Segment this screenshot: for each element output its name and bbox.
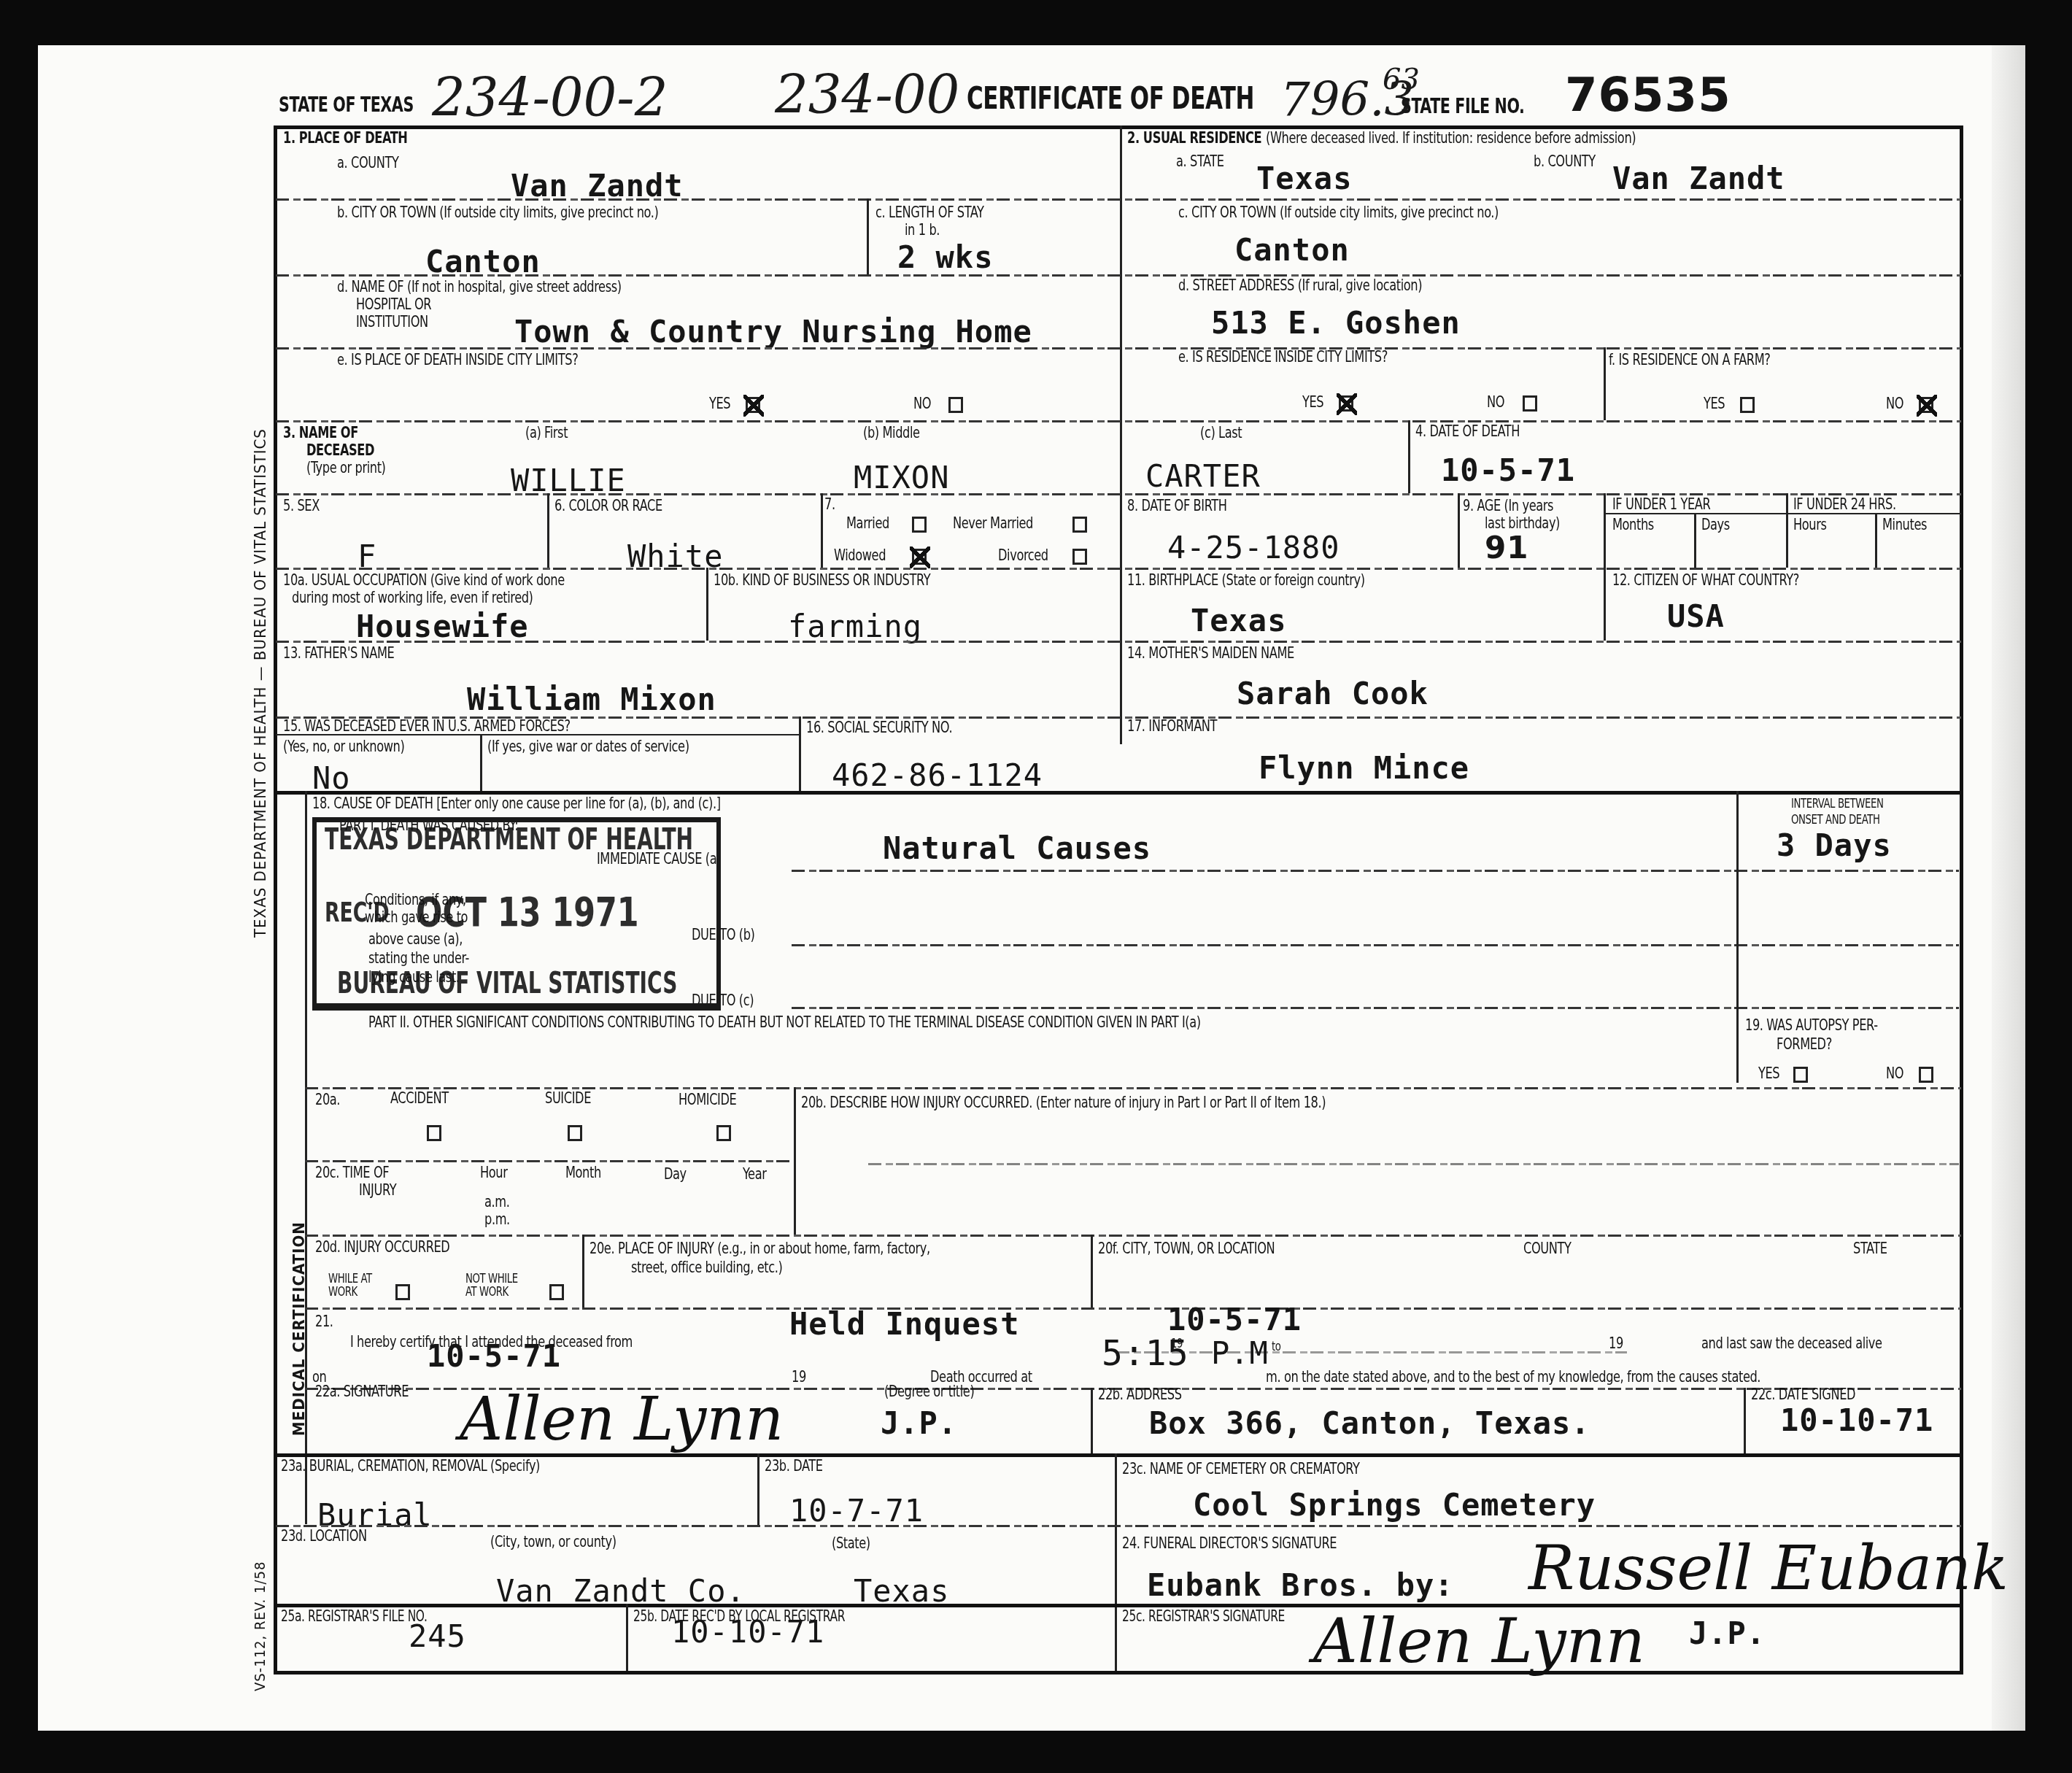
item4-value: 10-5-71: [1441, 454, 1575, 487]
item1b-label: b. CITY OR TOWN (If outside city limits,…: [337, 204, 658, 222]
item2e-yes-label: YES: [1302, 394, 1323, 412]
item11-label: 11. BIRTHPLACE (State or foreign country…: [1127, 572, 1365, 590]
item25b-value: 10-10-71: [671, 1615, 824, 1649]
under-1-year-label: IF UNDER 1 YEAR: [1612, 496, 1710, 514]
form-bottom-border: [274, 1671, 1963, 1674]
suicide-checkbox[interactable]: [568, 1125, 582, 1141]
item2-label-note: (Where deceased lived. If institution: r…: [1266, 130, 1636, 147]
handwritten-code-2: 234-00: [775, 64, 959, 125]
item7-never-married-label: Never Married: [953, 515, 1033, 533]
item3-middle-value: MIXON: [854, 461, 949, 495]
divider: [1744, 1388, 1746, 1453]
cause-a-line: [792, 870, 1959, 872]
item2f-yes-label: YES: [1704, 395, 1725, 413]
item3-label-3: (Type or print): [306, 460, 386, 477]
item22c-value: 10-10-71: [1780, 1404, 1933, 1437]
item3-last-label: (c) Last: [1200, 425, 1242, 442]
divider: [1091, 1235, 1093, 1307]
state-label: STATE OF TEXAS: [279, 96, 414, 114]
item24-label: 24. FUNERAL DIRECTOR'S SIGNATURE: [1122, 1535, 1337, 1553]
registrar-title: J.P.: [1689, 1617, 1766, 1650]
suicide-label: SUICIDE: [545, 1090, 591, 1108]
item22c-label: 22c. DATE SIGNED: [1751, 1386, 1855, 1404]
death-tail-text: m. on the date stated above, and to the …: [1266, 1369, 1760, 1386]
item20b-label: 20b. DESCRIBE HOW INJURY OCCURRED. (Ente…: [801, 1094, 1326, 1112]
death-meridiem-value: P.M: [1211, 1337, 1269, 1370]
center-divider: [1120, 125, 1122, 744]
item13-label: 13. FATHER'S NAME: [283, 645, 394, 663]
item13-value: William Mixon: [467, 683, 716, 716]
divider: [547, 493, 549, 568]
row-divider: [276, 274, 1961, 277]
row-divider: [276, 420, 1961, 422]
item3-last-value: CARTER: [1145, 460, 1261, 493]
item17-value: Flynn Mince: [1259, 752, 1469, 785]
interval-label-2: ONSET AND DEATH: [1791, 813, 1879, 827]
item10b-label: 10b. KIND OF BUSINESS OR INDUSTRY: [714, 572, 930, 590]
physician-signature: Allen Lynn: [460, 1385, 784, 1454]
item2b-value: Van Zandt: [1612, 162, 1785, 196]
item19-yes-checkbox[interactable]: [1793, 1067, 1808, 1083]
item19-label-1: 19. WAS AUTOPSY PER-: [1745, 1017, 1878, 1035]
item24-value: Eubank Bros. by:: [1147, 1569, 1454, 1602]
cause-c-line: [792, 1007, 1959, 1009]
death-time-value: 5:15: [1102, 1337, 1189, 1370]
divider: [626, 1604, 628, 1671]
hours-label: Hours: [1793, 517, 1827, 534]
homicide-label: HOMICIDE: [679, 1092, 736, 1109]
item2f-yes-checkbox[interactable]: [1740, 397, 1755, 413]
item16-value: 462-86-1124: [832, 759, 1043, 792]
item20f-county: COUNTY: [1523, 1240, 1571, 1258]
divider: [1604, 513, 1961, 514]
row-divider: [868, 1163, 1959, 1165]
item2e-no-checkbox[interactable]: [1523, 395, 1537, 412]
divider: [794, 1087, 796, 1235]
divider: [1604, 493, 1606, 568]
item17-label: 17. INFORMANT: [1127, 718, 1217, 735]
item7-widowed-label: Widowed: [834, 547, 886, 565]
year-19: 19: [1609, 1335, 1623, 1353]
stamp-recd: REC'D: [325, 896, 390, 928]
item20d-label: 20d. INJURY OCCURRED: [315, 1239, 449, 1256]
item20c-label-2: INJURY: [359, 1182, 396, 1200]
divider: [1736, 791, 1739, 1010]
last-saw-text: and last saw the deceased alive: [1701, 1335, 1882, 1353]
form-left-border: [274, 125, 277, 1674]
row-divider: [276, 347, 1961, 349]
paper-edge: [1992, 45, 2025, 1731]
item23d-city-label: (City, town, or county): [490, 1534, 616, 1551]
item19-no-checkbox[interactable]: [1919, 1067, 1933, 1083]
form-top-border: [276, 125, 1963, 129]
item3-label-1: 3. NAME OF: [283, 425, 358, 442]
degree-label: (Degree or title): [884, 1383, 974, 1401]
minutes-label: Minutes: [1882, 517, 1927, 534]
item15-label: 15. WAS DECEASED EVER IN U.S. ARMED FORC…: [283, 718, 571, 735]
item10a-label-2: during most of working life, even if ret…: [292, 590, 533, 607]
item21-label: 21.: [315, 1313, 333, 1331]
day-label: Day: [664, 1166, 687, 1183]
item14-value: Sarah Cook: [1237, 677, 1429, 711]
item7-divorced-label: Divorced: [998, 547, 1048, 565]
divider: [1875, 513, 1877, 568]
item23a-label: 23a. BURIAL, CREMATION, REMOVAL (Specify…: [281, 1458, 540, 1475]
item25c-label: 25c. REGISTRAR'S SIGNATURE: [1122, 1609, 1285, 1623]
item2f-no-label: NO: [1886, 395, 1903, 413]
item2e-no-label: NO: [1487, 394, 1504, 412]
item7-label: 7.: [824, 496, 835, 514]
form-number: VS-112, REV. 1/58: [251, 1561, 268, 1691]
item2b-label: b. COUNTY: [1534, 153, 1596, 171]
not-while-at-work-checkbox[interactable]: [549, 1284, 564, 1300]
item8-value: 4-25-1880: [1167, 531, 1340, 565]
row-divider: [305, 1160, 794, 1162]
item23c-value: Cool Springs Cemetery: [1193, 1488, 1596, 1522]
not-while-at-work-label: NOT WHILE AT WORK: [465, 1272, 525, 1299]
interval-label-1: INTERVAL BETWEEN: [1791, 797, 1883, 811]
item1d-label-2: HOSPITAL OR: [356, 296, 431, 314]
item8-label: 8. DATE OF BIRTH: [1127, 498, 1227, 515]
item10a-value: Housewife: [356, 610, 529, 644]
item19-yes-label: YES: [1758, 1065, 1779, 1083]
item25a-value: 245: [409, 1620, 466, 1653]
hour-label: Hour: [480, 1164, 507, 1182]
section-divider: [276, 1604, 1961, 1607]
item23d-state-label: (State): [832, 1535, 870, 1553]
item18-label: 18. CAUSE OF DEATH [Enter only one cause…: [312, 795, 721, 813]
item1-label: 1. PLACE OF DEATH: [283, 130, 407, 147]
item7-married-label: Married: [846, 515, 889, 533]
accident-label: ACCIDENT: [390, 1090, 449, 1108]
divider: [276, 734, 801, 735]
item1e-yes-checkbox[interactable]: [746, 397, 760, 413]
item11-value: Texas: [1191, 604, 1286, 638]
divider: [1736, 1010, 1739, 1083]
item22a-label: 22a. SIGNATURE: [315, 1383, 409, 1401]
certificate-title: CERTIFICATE OF DEATH: [967, 82, 1254, 115]
stamp-line3: BUREAU OF VITAL STATISTICS: [337, 967, 677, 1000]
divider: [706, 568, 708, 641]
divider: [582, 1235, 584, 1307]
divider: [1408, 420, 1410, 493]
item15-sub-2: (If yes, give war or dates of service): [487, 738, 689, 756]
item15-sub-1: (Yes, no, or unknown): [283, 738, 404, 756]
interval-value: 3 Days: [1777, 829, 1892, 862]
divider: [799, 716, 801, 791]
item7-widowed-checkbox[interactable]: [912, 549, 927, 565]
item19-no-label: NO: [1886, 1065, 1903, 1083]
item23d-label: 23d. LOCATION: [281, 1528, 367, 1545]
month-label: Month: [565, 1164, 601, 1182]
item1e-label: e. IS PLACE OF DEATH INSIDE CITY LIMITS?: [337, 352, 578, 369]
divider: [1115, 1453, 1117, 1671]
item10a-label-1: 10a. USUAL OCCUPATION (Give kind of work…: [283, 572, 565, 590]
item4-label: 4. DATE OF DEATH: [1415, 423, 1520, 441]
stamp-date: OCT 13 1971: [416, 889, 639, 936]
divider: [1604, 347, 1606, 420]
item20e-label-2: street, office building, etc.): [631, 1259, 782, 1277]
item25a-label: 25a. REGISTRAR'S FILE NO.: [281, 1609, 427, 1623]
item1e-no-checkbox[interactable]: [948, 397, 963, 413]
item2f-no-checkbox[interactable]: [1919, 397, 1933, 413]
row-divider: [305, 1307, 1961, 1310]
divider: [480, 734, 482, 791]
item22b-label: 22b. ADDRESS: [1098, 1386, 1182, 1404]
item2a-label: a. STATE: [1176, 153, 1224, 171]
item23c-label: 23c. NAME OF CEMETERY OR CREMATORY: [1122, 1461, 1360, 1478]
item1e-no-label: NO: [913, 395, 931, 413]
item16-label: 16. SOCIAL SECURITY NO.: [806, 719, 952, 737]
item6-label: 6. COLOR OR RACE: [554, 498, 662, 515]
divider: [1091, 1388, 1093, 1453]
funeral-director-signature: Russell Eubank: [1528, 1532, 2009, 1604]
item7-married-checkbox[interactable]: [912, 517, 927, 533]
attended-to-value: 10-5-71: [1167, 1303, 1302, 1337]
pm-label: p.m.: [484, 1211, 510, 1229]
item1d-label-3: INSTITUTION: [356, 314, 428, 331]
days-label: Days: [1701, 517, 1730, 534]
item7-never-married-checkbox[interactable]: [1072, 517, 1087, 533]
item9-value: 91: [1485, 531, 1528, 565]
degree-value: J.P.: [881, 1407, 957, 1440]
immediate-cause-value: Natural Causes: [883, 832, 1151, 865]
divider: [1694, 513, 1696, 568]
item23b-label: 23b. DATE: [765, 1458, 823, 1475]
item7-divorced-checkbox[interactable]: [1072, 549, 1087, 565]
item3-first-label: (a) First: [525, 425, 568, 442]
divider: [1458, 493, 1460, 568]
item20c-label-1: 20c. TIME OF: [315, 1164, 389, 1182]
row-divider: [276, 1525, 1961, 1527]
attended-from-value: Held Inquest: [789, 1307, 1019, 1341]
state-file-label: STATE FILE NO.: [1401, 98, 1524, 115]
item20a-label: 20a.: [315, 1092, 340, 1109]
accident-checkbox[interactable]: [427, 1125, 441, 1141]
year-label: Year: [743, 1166, 766, 1183]
item20f-state: STATE: [1853, 1240, 1887, 1258]
divider: [1604, 568, 1606, 641]
item14-label: 14. MOTHER'S MAIDEN NAME: [1127, 645, 1294, 663]
item19-label-2: FORMED?: [1777, 1036, 1832, 1054]
while-at-work-checkbox[interactable]: [395, 1284, 410, 1300]
side-label-dept: TEXAS DEPARTMENT OF HEALTH — BUREAU OF V…: [252, 428, 270, 938]
item9-label-1: 9. AGE (In years: [1463, 498, 1553, 515]
item20e-label-1: 20e. PLACE OF INJURY (e.g., in or about …: [589, 1240, 930, 1258]
form-right-border: [1960, 125, 1963, 1674]
row-divider: [276, 198, 1961, 201]
am-label: a.m.: [484, 1194, 509, 1211]
item2c-label: c. CITY OR TOWN (If outside city limits,…: [1178, 204, 1499, 222]
divider: [1786, 493, 1788, 568]
item2e-yes-checkbox[interactable]: [1339, 395, 1353, 412]
item22b-value: Box 366, Canton, Texas.: [1149, 1407, 1590, 1440]
item20f-label: 20f. CITY, TOWN, OR LOCATION: [1098, 1240, 1275, 1258]
on-date-value: 10-5-71: [427, 1340, 561, 1373]
registrar-signature: Allen Lynn: [1313, 1605, 1645, 1677]
item2e-label: e. IS RESIDENCE INSIDE CITY LIMITS?: [1178, 349, 1388, 366]
item2d-value: 513 E. Goshen: [1211, 306, 1461, 340]
item1d-value: Town & Country Nursing Home: [514, 315, 1032, 349]
item2d-label: d. STREET ADDRESS (If rural, give locati…: [1178, 277, 1422, 295]
item1c-label-2: in 1 b.: [905, 222, 940, 239]
item10b-value: farming: [788, 610, 922, 644]
under-24-hrs-label: IF UNDER 24 HRS.: [1793, 496, 1896, 514]
row-divider: [305, 1235, 1961, 1237]
state-file-number: 76535: [1565, 70, 1731, 121]
item1d-label-1: d. NAME OF (If not in hospital, give str…: [337, 279, 622, 296]
item1c-value: 2 wks: [897, 241, 993, 274]
item2c-value: Canton: [1234, 233, 1350, 267]
item1a-label: a. COUNTY: [337, 155, 399, 172]
item2-label: 2. USUAL RESIDENCE: [1127, 130, 1261, 147]
item3-label-2: DECEASED: [306, 442, 374, 460]
divider: [757, 1453, 759, 1525]
divider: [867, 198, 869, 275]
year-19b: 19: [792, 1369, 806, 1386]
item2a-value: Texas: [1256, 162, 1352, 196]
item1e-yes-label: YES: [709, 395, 730, 413]
cause-b-line: [792, 944, 1959, 946]
line: [1116, 1351, 1627, 1353]
row-divider: [276, 641, 1961, 643]
item5-label: 5. SEX: [283, 498, 320, 515]
medical-inner-border: [305, 791, 307, 1524]
homicide-checkbox[interactable]: [716, 1125, 731, 1141]
item2f-label: f. IS RESIDENCE ON A FARM?: [1609, 352, 1771, 369]
months-label: Months: [1612, 517, 1654, 534]
item12-label: 12. CITIZEN OF WHAT COUNTRY?: [1612, 572, 1799, 590]
item1c-label-1: c. LENGTH OF STAY: [875, 204, 984, 222]
part2-label: PART II. OTHER SIGNIFICANT CONDITIONS CO…: [368, 1014, 1201, 1032]
handwritten-code-1: 234-00-2: [432, 67, 668, 128]
while-at-work-label: WHILE AT WORK: [328, 1272, 382, 1299]
stamp-line1: TEXAS DEPARTMENT OF HEALTH: [325, 823, 693, 857]
item12-value: USA: [1667, 600, 1725, 633]
item3-middle-label: (b) Middle: [863, 425, 920, 442]
divider: [821, 493, 823, 568]
handwritten-code-4: 63: [1383, 63, 1420, 96]
item23b-value: 10-7-71: [789, 1494, 924, 1528]
row-divider: [276, 568, 1961, 570]
